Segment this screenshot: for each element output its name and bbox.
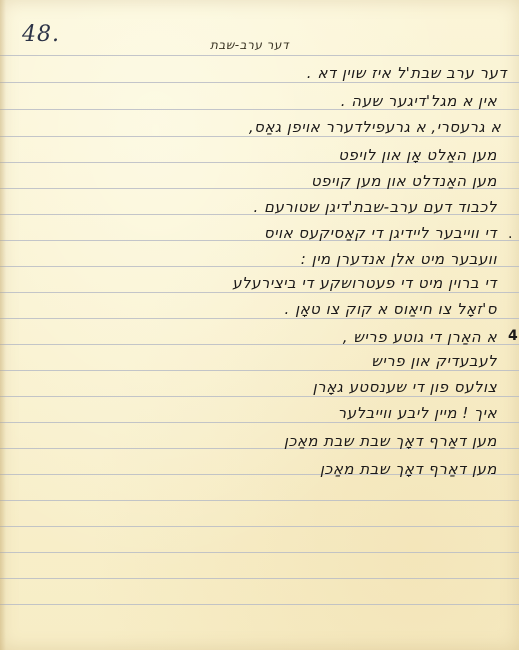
text-line: מען האַנדלט און מען קויפט (311, 172, 497, 190)
text-line: די ווייבער ליידיגן די קאַסיקעס אויס (264, 224, 497, 242)
text-line: לעבעדיק און פריש (371, 352, 497, 370)
text-line: אין א מגל'דיגער שעה . (341, 92, 497, 110)
text-line: דער ערב שבת'ל איז שוין דא . (307, 64, 507, 82)
text-line: די ברוין מיט די פעטרושקע די ביצירעלע (232, 274, 497, 292)
text-line: איך ! מיין ליבע ווייבלער (338, 404, 497, 422)
text-line: מען האַלט אָן און לויפט (338, 146, 497, 164)
text-line: מען דאַרף דאָך שבת מאַכן (320, 460, 497, 478)
text-line: צולעס פון די שענסטע גאָרן (313, 378, 497, 396)
margin-mark: 4 (508, 328, 518, 344)
text-line: א האַרן די גוטע פריש , (343, 328, 497, 346)
text-line: א גרעסרי, א גרעפילדערר אויפן גאַס, (249, 118, 501, 136)
handwritten-text-block: דער ערב-שבת דער ערב שבת'ל איז שוין דא . … (0, 0, 519, 650)
poem-title: דער ערב-שבת (210, 36, 289, 54)
manuscript-page: 48. דער ערב-שבת דער ערב שבת'ל איז שוין ד… (0, 0, 519, 650)
margin-mark: . (508, 226, 512, 242)
text-line: וועבער מיט אלן אנדערן מין : (301, 250, 497, 268)
text-line: ס'זאָל צו חיאַוס א קוק צו טאָן . (285, 300, 497, 318)
text-line: מען דאַרף דאָך שבת שבת מאַכן (284, 432, 497, 450)
text-line: לכבוד דעם ערב-שבת'דיגן שטורעם . (253, 198, 497, 216)
